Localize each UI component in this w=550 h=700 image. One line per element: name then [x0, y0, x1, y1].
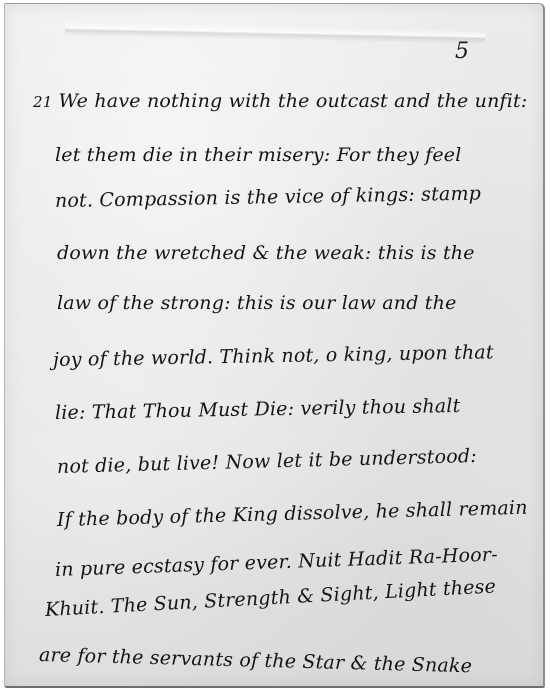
line-text: let them die in their misery: For they f… — [55, 144, 462, 166]
line-text: not. Compassion is the vice of kings: st… — [55, 183, 481, 212]
manuscript-line-11: Khuit. The Sun, Strength & Sight, Light … — [44, 575, 496, 621]
manuscript-line-5: law of the strong: this is our law and t… — [57, 292, 457, 314]
line-text: down the wretched & the weak: this is th… — [57, 242, 475, 264]
verse-number: 21 — [33, 93, 53, 111]
manuscript-line-4: down the wretched & the weak: this is th… — [57, 242, 475, 264]
line-text: joy of the world. Think not, o king, upo… — [53, 341, 494, 371]
line-text: If the body of the King dissolve, he sha… — [57, 497, 528, 531]
manuscript-line-2: let them die in their misery: For they f… — [55, 144, 462, 166]
paper-crease — [65, 22, 485, 45]
manuscript-line-8: not die, but live! Now let it be underst… — [57, 445, 477, 478]
page-number: 5 — [455, 39, 469, 64]
line-text: We have nothing with the outcast and the… — [59, 90, 528, 112]
manuscript-line-6: joy of the world. Think not, o king, upo… — [53, 341, 494, 371]
manuscript-page: 5 21We have nothing with the outcast and… — [4, 3, 545, 688]
line-text: in pure ecstasy for ever. Nuit Hadit Ra-… — [55, 544, 498, 581]
manuscript-line-7: lie: That Thou Must Die: verily thou sha… — [55, 395, 461, 424]
line-text: not die, but live! Now let it be underst… — [57, 445, 477, 478]
manuscript-line-1: 21We have nothing with the outcast and t… — [33, 90, 527, 112]
manuscript-line-12: are for the servants of the Star & the S… — [39, 644, 473, 677]
line-text: are for the servants of the Star & the S… — [39, 644, 473, 677]
line-text: lie: That Thou Must Die: verily thou sha… — [55, 395, 461, 424]
manuscript-line-10: in pure ecstasy for ever. Nuit Hadit Ra-… — [55, 544, 498, 581]
line-text: law of the strong: this is our law and t… — [57, 292, 457, 314]
line-text: Khuit. The Sun, Strength & Sight, Light … — [44, 575, 496, 621]
manuscript-line-3: not. Compassion is the vice of kings: st… — [55, 183, 481, 212]
manuscript-line-9: If the body of the King dissolve, he sha… — [57, 497, 528, 531]
